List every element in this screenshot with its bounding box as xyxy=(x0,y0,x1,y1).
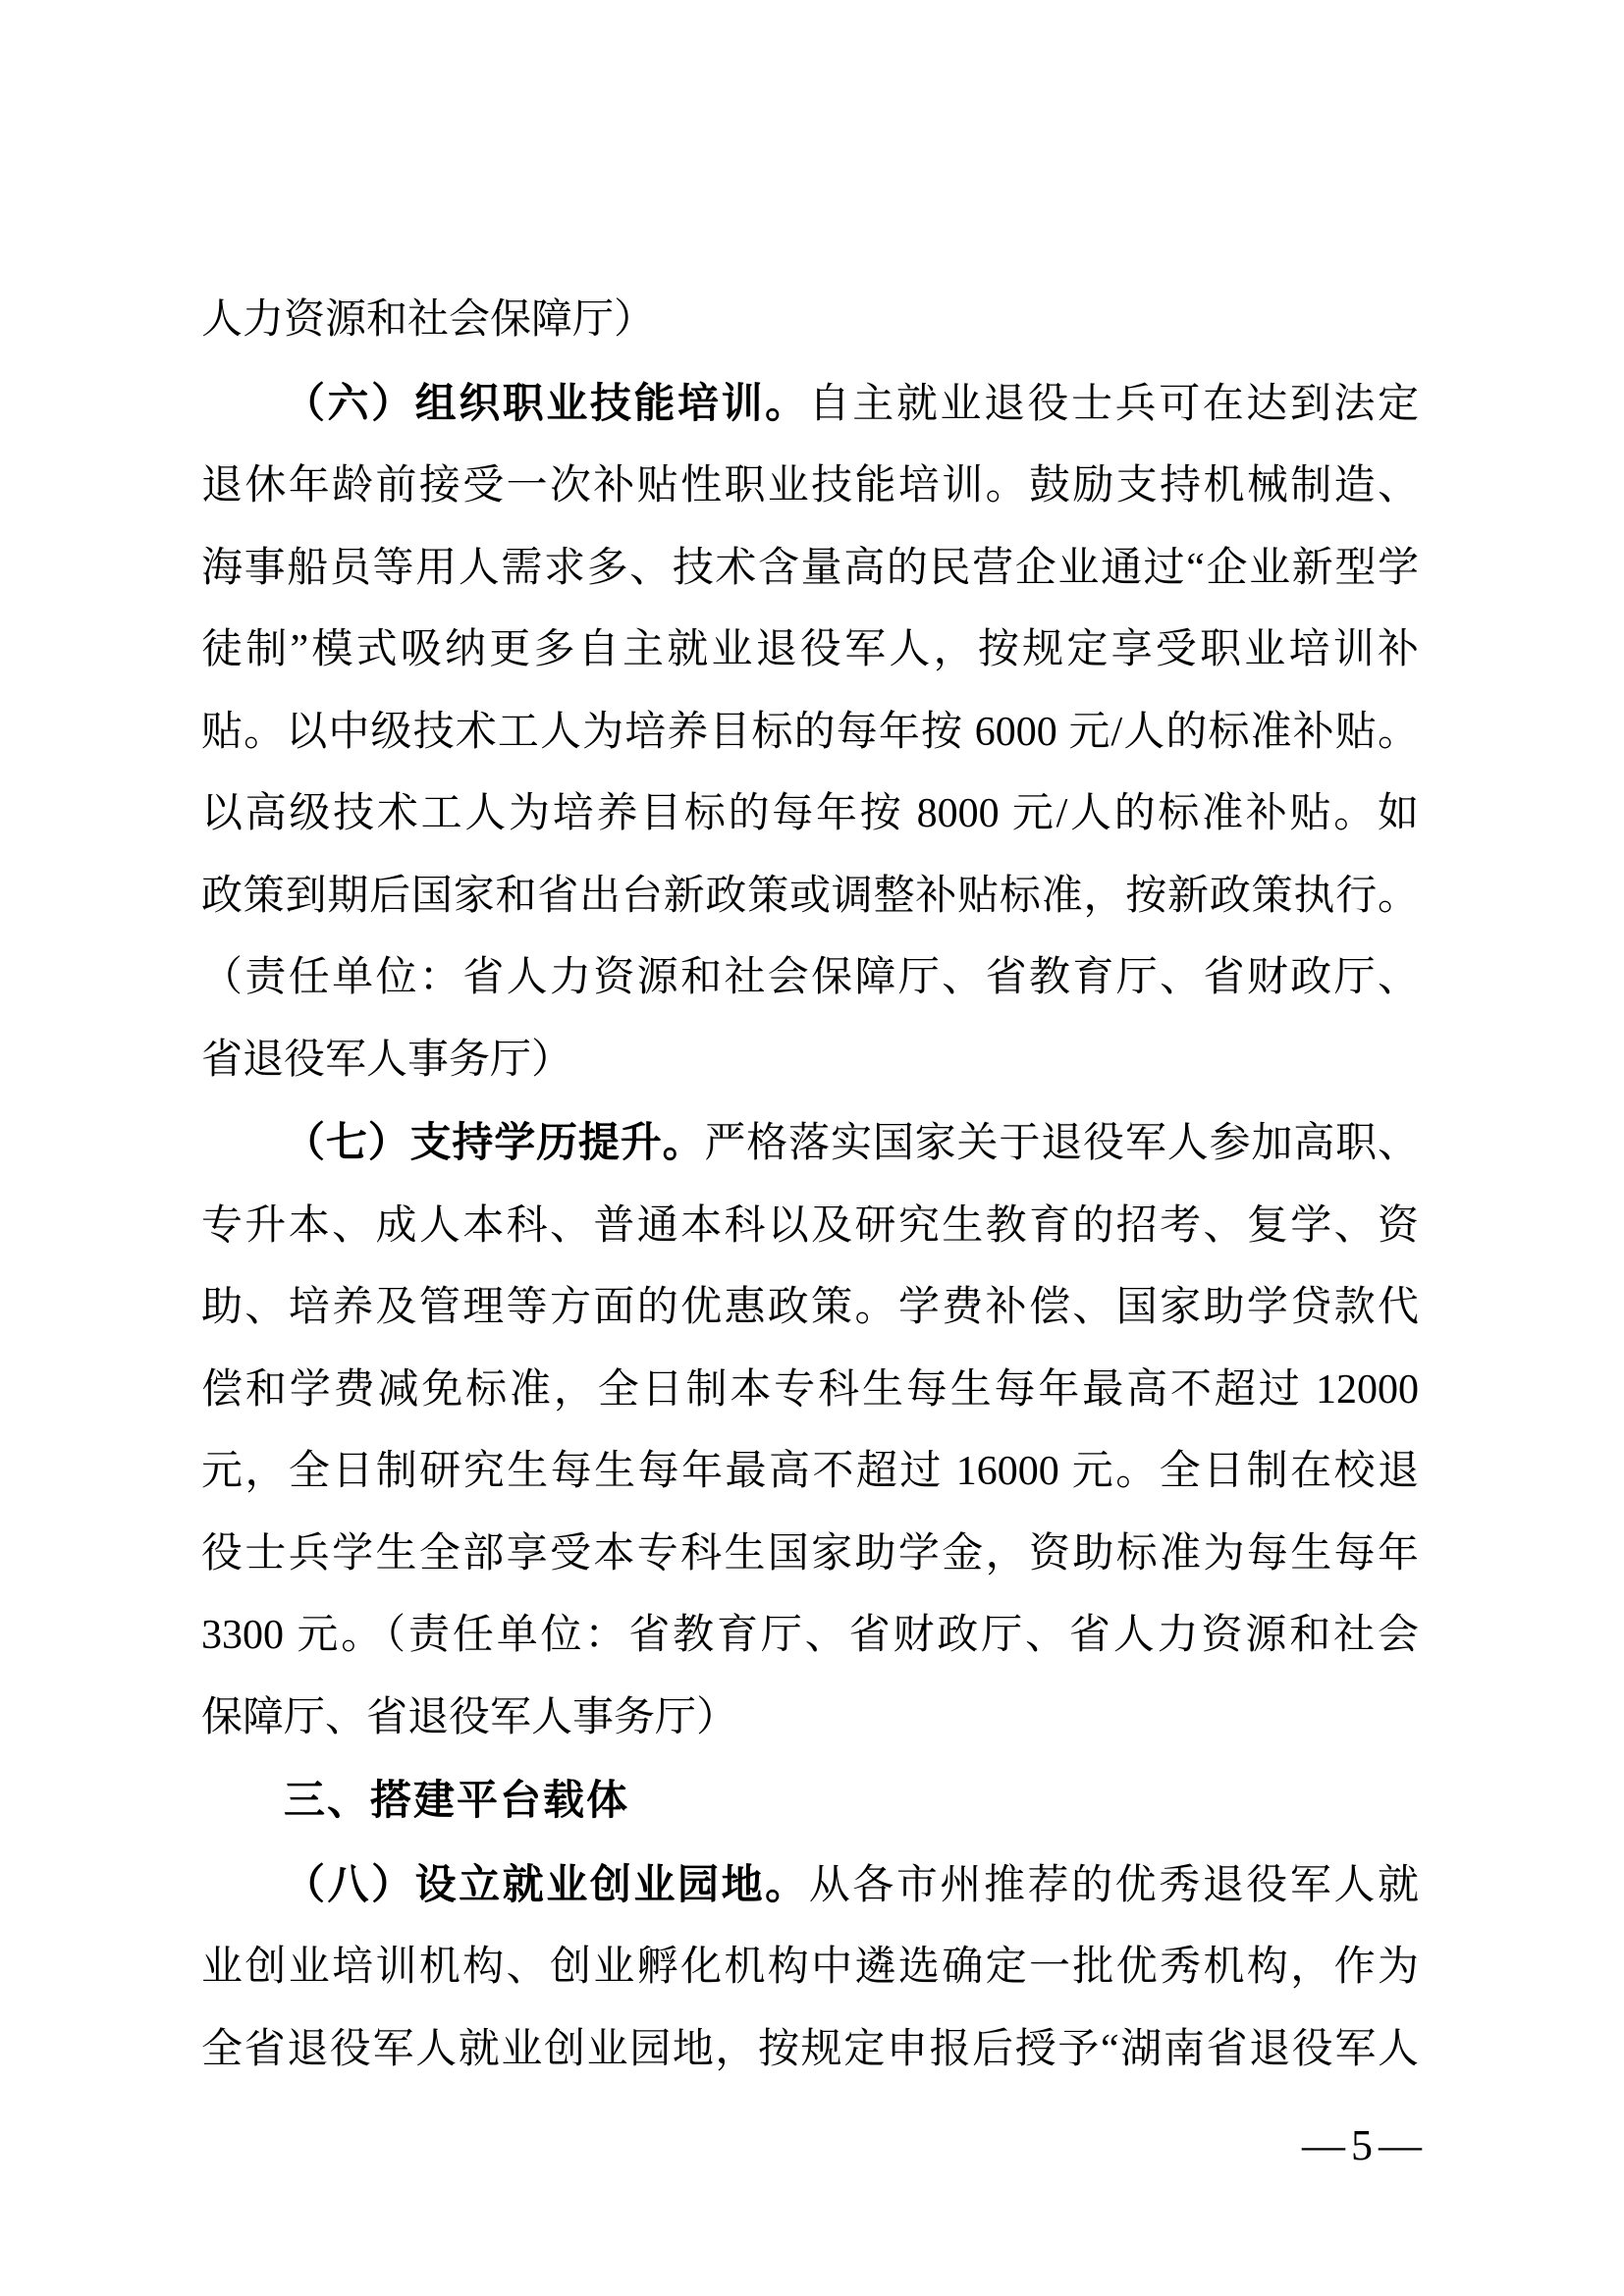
section-7-title: （七）支持学历提升。 xyxy=(284,1119,704,1165)
text-line-02: （六）组织职业技能培训。自主就业退役士兵可在达到法定 xyxy=(201,362,1419,447)
text-line-20: （八）设立就业创业园地。从各市州推荐的优秀退役军人就 xyxy=(201,1843,1419,1928)
chapter-3-heading: 三、搭建平台载体 xyxy=(201,1759,1419,1843)
body-text: 自主就业退役士兵可在达到法定 xyxy=(809,382,1419,427)
responsible-units-7-text: 3300 元。（责任单位：省教育厅、省财政厅、省人力资源和社会 xyxy=(201,1613,1419,1658)
section-8-title: （八）设立就业创业园地。 xyxy=(284,1861,809,1907)
text-line-01: 人力资源和社会保障厅） xyxy=(201,280,1419,362)
text-line-16: 役士兵学生全部享受本专科生国家助学金，资助标准为每生每年 xyxy=(201,1514,1419,1596)
body-text: 业创业培训机构、创业孵化机构中遴选确定一批优秀机构，作为 xyxy=(201,1945,1419,1990)
document-text-block: 人力资源和社会保障厅） （六）组织职业技能培训。自主就业退役士兵可在达到法定 退… xyxy=(201,280,1419,2091)
body-text: 退休年龄前接受一次补贴性职业技能培训。鼓励支持机械制造、 xyxy=(201,463,1419,508)
body-text: 专升本、成人本科、普通本科以及研究生教育的招考、复学、资 xyxy=(201,1203,1419,1249)
text-line-12: 专升本、成人本科、普通本科以及研究生教育的招考、复学、资 xyxy=(201,1186,1419,1268)
responsible-units-7-text-end: 保障厅、省退役军人事务厅） xyxy=(201,1695,737,1740)
body-text: 贴。以中级技术工人为培养目标的每年按 6000 元/人的标准补贴。 xyxy=(201,710,1419,755)
text-line-22: 全省退役军人就业创业园地，按规定申报后授予“湖南省退役军人 xyxy=(201,2009,1419,2092)
text-line-17: 3300 元。（责任单位：省教育厅、省财政厅、省人力资源和社会 xyxy=(201,1595,1419,1678)
chapter-3-title: 三、搭建平台载体 xyxy=(284,1777,629,1823)
paragraph5-tail-text: 人力资源和社会保障厅） xyxy=(201,297,655,343)
page-number: —5— xyxy=(1302,2124,1428,2167)
text-line-09: （责任单位：省人力资源和社会保障厅、省教育厅、省财政厅、 xyxy=(201,937,1419,1020)
text-line-04: 海事船员等用人需求多、技术含量高的民营企业通过“企业新型学 xyxy=(201,528,1419,611)
body-text: 从各市州推荐的优秀退役军人就 xyxy=(809,1863,1419,1908)
text-line-13: 助、培养及管理等方面的优惠政策。学费补偿、国家助学贷款代 xyxy=(201,1267,1419,1350)
text-line-05: 徒制”模式吸纳更多自主就业退役军人，按规定享受职业培训补 xyxy=(201,610,1419,692)
text-line-07: 以高级技术工人为培养目标的每年按 8000 元/人的标准补贴。如 xyxy=(201,774,1419,856)
body-text: 政策到期后国家和省出台新政策或调整补贴标准，按新政策执行。 xyxy=(201,874,1419,919)
body-text: 以高级技术工人为培养目标的每年按 8000 元/人的标准补贴。如 xyxy=(201,791,1419,836)
text-line-08: 政策到期后国家和省出台新政策或调整补贴标准，按新政策执行。 xyxy=(201,856,1419,938)
section-6-title: （六）组织职业技能培训。 xyxy=(284,380,809,426)
body-text: 役士兵学生全部享受本专科生国家助学金，资助标准为每生每年 xyxy=(201,1531,1419,1576)
body-text: 严格落实国家关于退役军人参加高职、 xyxy=(704,1121,1419,1166)
document-page: { "page": { "number": "—5—", "background… xyxy=(0,0,1624,2296)
body-text: 海事船员等用人需求多、技术含量高的民营企业通过“企业新型学 xyxy=(201,546,1419,591)
text-line-11: （七）支持学历提升。严格落实国家关于退役军人参加高职、 xyxy=(201,1101,1419,1186)
body-text: 元，全日制研究生每生每年最高不超过 16000 元。全日制在校退 xyxy=(201,1449,1419,1494)
text-line-18: 保障厅、省退役军人事务厅） xyxy=(201,1678,1419,1760)
text-line-21: 业创业培训机构、创业孵化机构中遴选确定一批优秀机构，作为 xyxy=(201,1927,1419,2009)
body-text: 徒制”模式吸纳更多自主就业退役军人，按规定享受职业培训补 xyxy=(201,627,1419,672)
body-text: 助、培养及管理等方面的优惠政策。学费补偿、国家助学贷款代 xyxy=(201,1285,1419,1330)
text-line-03: 退休年龄前接受一次补贴性职业技能培训。鼓励支持机械制造、 xyxy=(201,446,1419,528)
text-line-10: 省退役军人事务厅） xyxy=(201,1020,1419,1102)
text-line-14: 偿和学费减免标准，全日制本专科生每生每年最高不超过 12000 xyxy=(201,1350,1419,1432)
responsible-units-6-text: （责任单位：省人力资源和社会保障厅、省教育厅、省财政厅、 xyxy=(201,955,1419,1000)
responsible-units-6-text-end: 省退役军人事务厅） xyxy=(201,1038,572,1083)
body-text: 偿和学费减免标准，全日制本专科生每生每年最高不超过 12000 xyxy=(201,1367,1419,1413)
text-line-06: 贴。以中级技术工人为培养目标的每年按 6000 元/人的标准补贴。 xyxy=(201,692,1419,774)
body-text: 全省退役军人就业创业园地，按规定申报后授予“湖南省退役军人 xyxy=(201,2027,1419,2072)
text-line-15: 元，全日制研究生每生每年最高不超过 16000 元。全日制在校退 xyxy=(201,1431,1419,1514)
